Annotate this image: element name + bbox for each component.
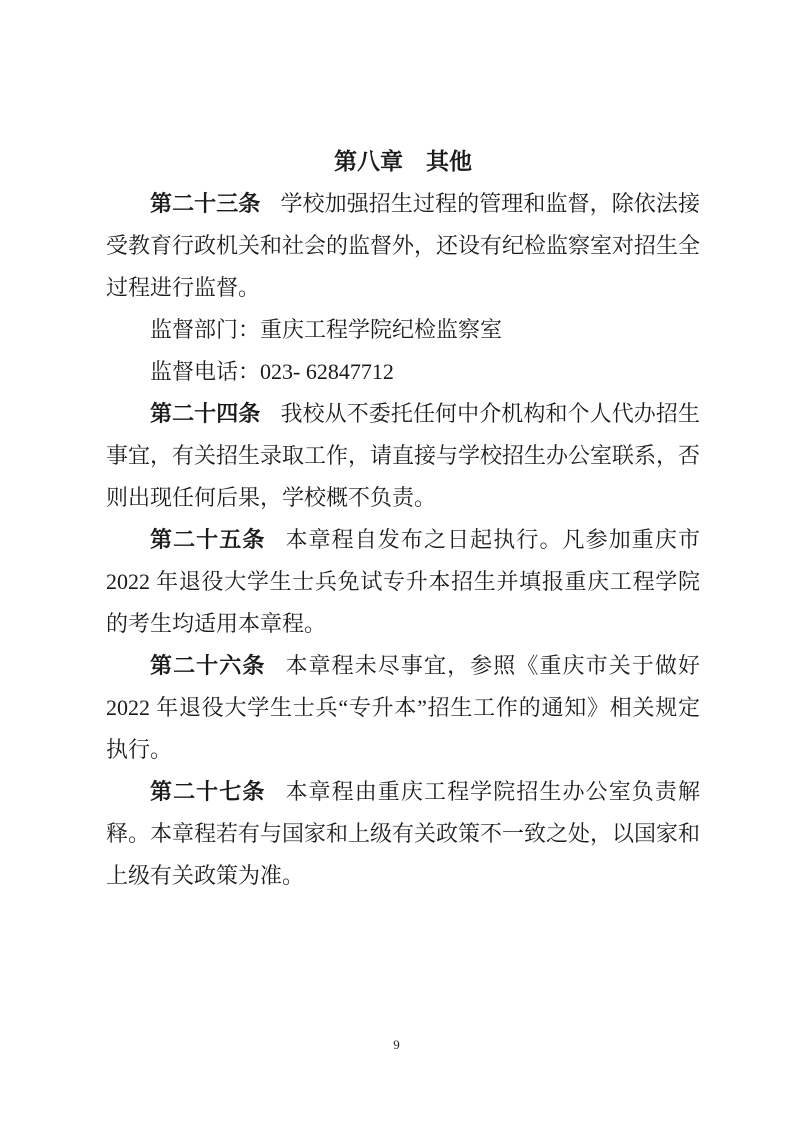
page-number: 9 bbox=[0, 1036, 793, 1054]
document-page: 第八章 其他 第二十三条学校加强招生过程的管理和监督，除依法接受教育行政机关和社… bbox=[0, 0, 793, 1122]
article-24-number: 第二十四条 bbox=[150, 401, 260, 426]
article-23-paragraph: 第二十三条学校加强招生过程的管理和监督，除依法接受教育行政机关和社会的监督外，还… bbox=[106, 183, 700, 309]
article-27-paragraph: 第二十七条本章程由重庆工程学院招生办公室负责解释。本章程若有与国家和上级有关政策… bbox=[106, 771, 700, 897]
article-24-paragraph: 第二十四条我校从不委托任何中介机构和个人代办招生事宜，有关招生录取工作，请直接与… bbox=[106, 393, 700, 519]
chapter-title: 第八章 其他 bbox=[106, 141, 700, 183]
supervision-department-line: 监督部门：重庆工程学院纪检监察室 bbox=[106, 309, 700, 351]
article-25-paragraph: 第二十五条本章程自发布之日起执行。凡参加重庆市 2022 年退役大学生士兵免试专… bbox=[106, 519, 700, 645]
article-26-number: 第二十六条 bbox=[150, 653, 265, 678]
supervision-phone-line: 监督电话：023- 62847712 bbox=[106, 351, 700, 393]
supervision-phone-text: 监督电话：023- 62847712 bbox=[150, 359, 394, 384]
document-content: 第八章 其他 第二十三条学校加强招生过程的管理和监督，除依法接受教育行政机关和社… bbox=[106, 141, 700, 897]
article-27-number: 第二十七条 bbox=[150, 779, 265, 804]
supervision-department-text: 监督部门：重庆工程学院纪检监察室 bbox=[150, 317, 502, 342]
article-26-paragraph: 第二十六条本章程未尽事宜，参照《重庆市关于做好 2022 年退役大学生士兵“专升… bbox=[106, 645, 700, 771]
article-25-number: 第二十五条 bbox=[150, 527, 265, 552]
article-23-number: 第二十三条 bbox=[150, 191, 260, 216]
